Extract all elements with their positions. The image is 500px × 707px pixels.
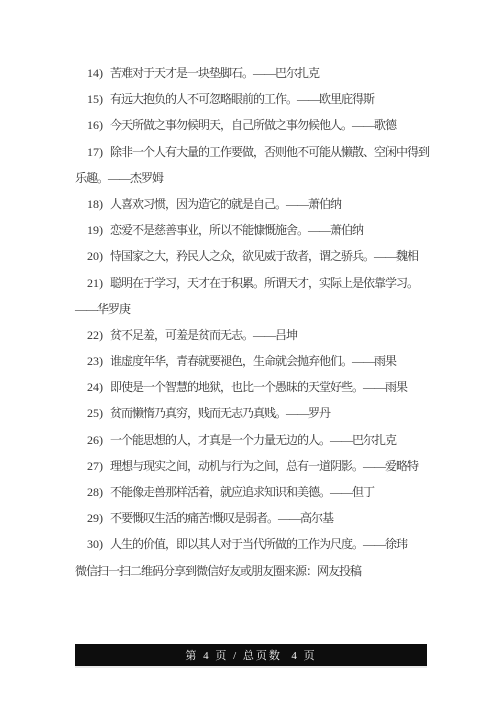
quote-item: 21)聪明在于学习，天才在于积累。所谓天才，实际上是依靠学习。	[75, 270, 429, 296]
quote-text: 今天所做之事勿候明天，自己所做之事勿候他人。——歌德	[110, 118, 396, 132]
quote-item: 30)人生的价值，即以其人对于当代所做的工作为尺度。——徐玮	[75, 531, 429, 557]
quote-number: 23)	[87, 348, 103, 374]
quote-item: 25)贫而懒惰乃真穷，贱而无志乃真贱。——罗丹	[75, 400, 429, 426]
quote-text: 除非一个人有大量的工作要做，否则他不可能从懒散、空闲中得到	[110, 145, 429, 159]
quote-number: 26)	[87, 427, 103, 453]
quote-item: 24)即使是一个智慧的地狱，也比一个愚昧的天堂好些。——雨果	[75, 374, 429, 400]
quote-number: 19)	[87, 217, 103, 243]
quote-text: 聪明在于学习，天才在于积累。所谓天才，实际上是依靠学习。	[110, 276, 418, 290]
quote-text-continuation: ——华罗庚	[75, 296, 429, 322]
quote-item: 29)不要慨叹生活的痛苦!慨叹是弱者。——高尔基	[75, 505, 429, 531]
quote-item: 15)有远大抱负的人不可忽略眼前的工作。——欧里庇得斯	[75, 86, 429, 112]
quote-number: 16)	[87, 112, 103, 138]
quote-text: 不要慨叹生活的痛苦!慨叹是弱者。——高尔基	[110, 511, 333, 525]
document-page: 14)苦难对于天才是一块垫脚石。——巴尔扎克15)有远大抱负的人不可忽略眼前的工…	[0, 0, 500, 707]
quote-item: 27)理想与现实之间，动机与行为之间，总有一道阴影。——爱略特	[75, 453, 429, 479]
quote-number: 15)	[87, 86, 103, 112]
quote-item: 16)今天所做之事勿候明天，自己所做之事勿候他人。——歌德	[75, 112, 429, 138]
quote-text: 理想与现实之间，动机与行为之间，总有一道阴影。——爱略特	[110, 459, 418, 473]
quote-item: 28)不能像走兽那样活着，就应追求知识和美德。——但丁	[75, 479, 429, 505]
quote-number: 25)	[87, 400, 103, 426]
quote-number: 20)	[87, 243, 103, 269]
quote-item: 20)恃国家之大，矜民人之众，欲见威于敌者，谓之骄兵。——魏相	[75, 243, 429, 269]
quote-item: 14)苦难对于天才是一块垫脚石。——巴尔扎克	[75, 60, 429, 86]
quote-number: 27)	[87, 453, 103, 479]
quote-number: 24)	[87, 374, 103, 400]
page-footer-bar: 第 4 页 / 总页数 4 页	[75, 644, 427, 666]
quote-text: 贫而懒惰乃真穷，贱而无志乃真贱。——罗丹	[110, 406, 330, 420]
quote-item: 23)谁虚度年华，青春就要褪色，生命就会抛弃他们。——雨果	[75, 348, 429, 374]
quote-item: 26)一个能思想的人，才真是一个力量无边的人。——巴尔扎克	[75, 427, 429, 453]
quote-text: 不能像走兽那样活着，就应追求知识和美德。——但丁	[110, 485, 374, 499]
quote-item: 22)贫不足羞，可羞是贫而无志。——吕坤	[75, 322, 429, 348]
quote-number: 21)	[87, 270, 103, 296]
quote-number: 28)	[87, 479, 103, 505]
quote-number: 30)	[87, 531, 103, 557]
quote-text: 人喜欢习惯，因为造它的就是自己。——萧伯纳	[110, 197, 341, 211]
quote-text: 苦难对于天才是一块垫脚石。——巴尔扎克	[110, 66, 319, 80]
share-source-line: 微信扫一扫二维码分享到微信好友或朋友圈来源：网友投稿	[75, 558, 429, 584]
quote-number: 29)	[87, 505, 103, 531]
quote-text: 恃国家之大，矜民人之众，欲见威于敌者，谓之骄兵。——魏相	[110, 249, 418, 263]
quote-number: 17)	[87, 139, 103, 165]
quote-number: 18)	[87, 191, 103, 217]
quote-text-continuation: 乐趣。——杰罗姆	[75, 165, 429, 191]
quote-text: 谁虚度年华，青春就要褪色，生命就会抛弃他们。——雨果	[110, 354, 396, 368]
quote-text: 恋爱不是慈善事业，所以不能慷慨施舍。——萧伯纳	[110, 223, 363, 237]
quotes-list: 14)苦难对于天才是一块垫脚石。——巴尔扎克15)有远大抱负的人不可忽略眼前的工…	[75, 60, 429, 584]
quote-number: 14)	[87, 60, 103, 86]
quote-item: 19)恋爱不是慈善事业，所以不能慷慨施舍。——萧伯纳	[75, 217, 429, 243]
quote-text: 即使是一个智慧的地狱，也比一个愚昧的天堂好些。——雨果	[110, 380, 407, 394]
quote-item: 17)除非一个人有大量的工作要做，否则他不可能从懒散、空闲中得到	[75, 139, 429, 165]
quote-text: 一个能思想的人，才真是一个力量无边的人。——巴尔扎克	[110, 433, 396, 447]
quote-text: 人生的价值，即以其人对于当代所做的工作为尺度。——徐玮	[110, 537, 407, 551]
quote-item: 18)人喜欢习惯，因为造它的就是自己。——萧伯纳	[75, 191, 429, 217]
quote-text: 贫不足羞，可羞是贫而无志。——吕坤	[110, 328, 297, 342]
page-number-indicator: 第 4 页 / 总页数 4 页	[185, 647, 316, 663]
quote-number: 22)	[87, 322, 103, 348]
quote-text: 有远大抱负的人不可忽略眼前的工作。——欧里庇得斯	[110, 92, 374, 106]
